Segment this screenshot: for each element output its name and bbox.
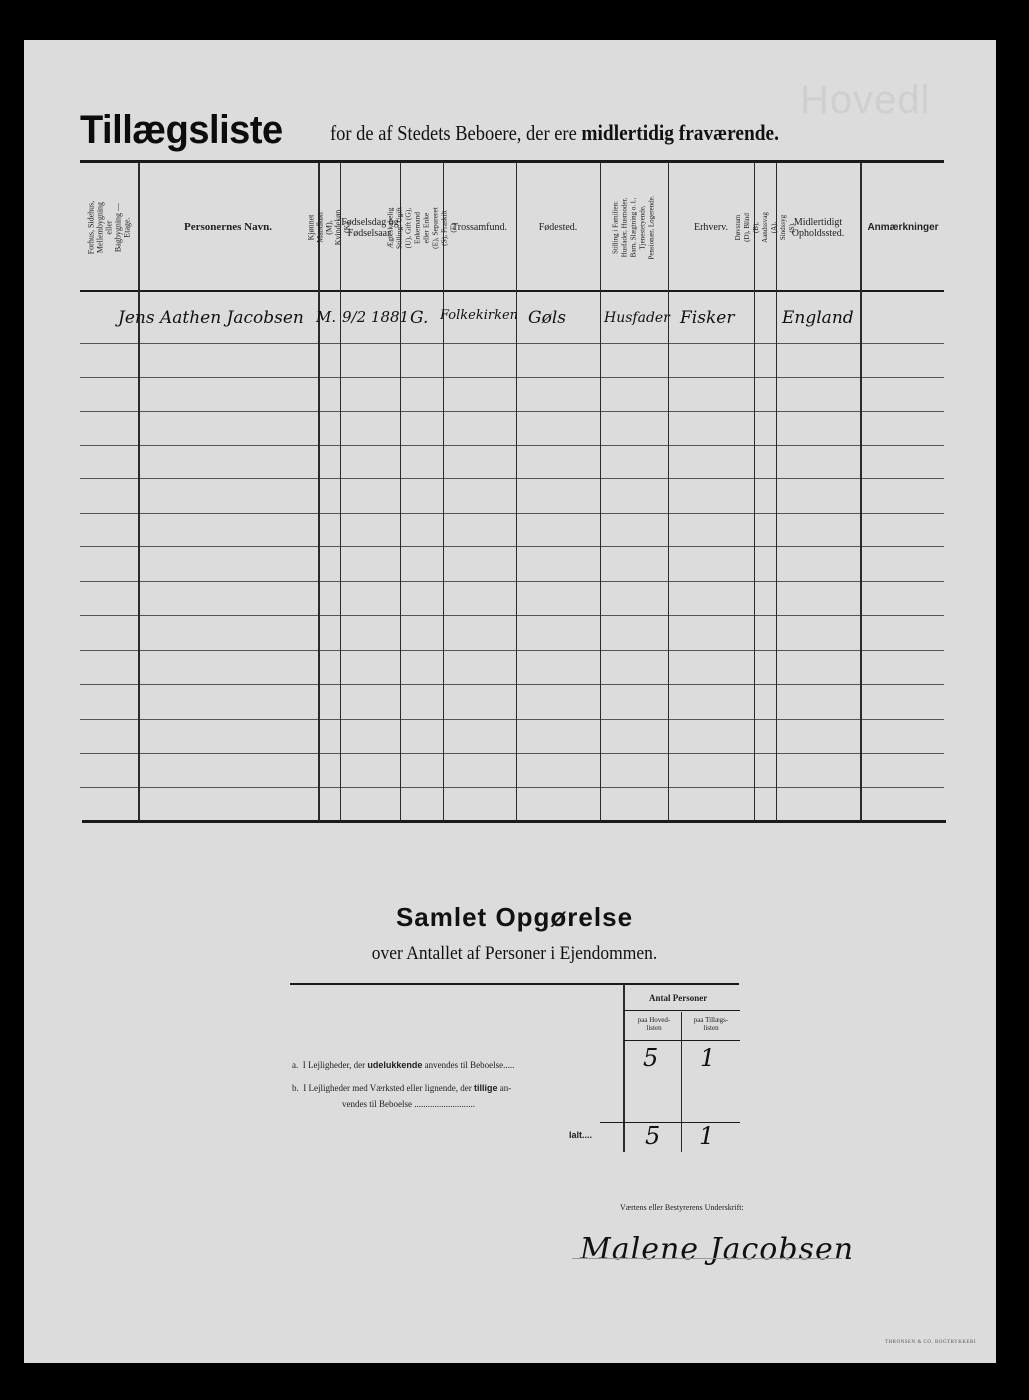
summary-row-b: b. I Lejligheder med Værksted eller lign… (292, 1083, 511, 1093)
printer-mark: THRONSEN & CO. BOGTRYKKERI (885, 1340, 976, 1345)
total-supp-count: 1 (699, 1122, 714, 1150)
cell-religion: Folkekirken (440, 308, 518, 323)
header-marital: Ægteskabelig Stilling: Ugift (U), Gift (… (400, 165, 443, 290)
cell-name: Jens Aathen Jacobsen (118, 308, 304, 328)
cell-occupation: Fisker (680, 308, 734, 328)
row-line (80, 377, 944, 378)
summary-group-rule (624, 1010, 740, 1011)
row-line (80, 343, 944, 344)
header-remarks: Anmærkninger (860, 165, 946, 290)
form-title: Tillægsliste (80, 108, 283, 153)
row-line (80, 513, 944, 514)
row-line (80, 684, 944, 685)
row-line (80, 787, 944, 788)
row-a-supp-count: 1 (700, 1044, 715, 1072)
header-family-position: Stilling i Familien: Husfader, Husmoder,… (600, 165, 668, 290)
total-main-count: 5 (645, 1122, 660, 1150)
cell-birth: 9/2 1881 (342, 308, 409, 326)
ghost-header-bleedthrough: Hovedl (800, 78, 931, 123)
subtitle-plain: for de af Stedets Beboere, der ere (330, 121, 577, 145)
header-building: Forhus, Sidehus, Mellembygning eller Bag… (82, 165, 136, 290)
cell-sex: M. (316, 308, 336, 326)
cell-birthplace: Gøls (528, 308, 566, 328)
summary-title: Samlet Opgørelse (0, 902, 1029, 933)
row-line (80, 650, 944, 651)
summary-row-b-cont: vendes til Beboelse ....................… (342, 1099, 475, 1109)
summary-col-divider-2 (681, 1012, 682, 1152)
header-disability: Døvstum (D), Blind (B), Aandssvag (A), S… (754, 165, 776, 290)
header-temp-residence: Midlertidigt Opholdssted. (776, 165, 860, 290)
row-line (80, 411, 944, 412)
table-bottom-rule (82, 820, 946, 823)
header-name: Personernes Navn. (138, 165, 318, 290)
row-line (80, 478, 944, 479)
summary-header-rule (624, 1040, 740, 1041)
form-subtitle: for de af Stedets Beboere, der ere midle… (330, 120, 779, 146)
header-bottom-rule (80, 290, 944, 292)
header-sex: Kjønnet Mandkøn (M), Kvindekøn (K) (318, 165, 340, 290)
signature-label: Værtens eller Bestyrerens Underskrift: (620, 1203, 744, 1212)
signature-value: Malene Jacobsen (580, 1232, 854, 1267)
summary-row-a: a. I Lejligheder, der udelukkende anvend… (292, 1060, 514, 1070)
row-line (80, 753, 944, 754)
summary-total-rule (600, 1122, 740, 1123)
row-line (80, 581, 944, 582)
row-line (80, 445, 944, 446)
cell-marital: G. (410, 308, 428, 328)
header-birthplace: Fødested. (516, 165, 600, 290)
row-line (80, 546, 944, 547)
subtitle-bold: midlertidig fraværende. (581, 120, 779, 145)
header-religion: Trossamfund. (443, 165, 516, 290)
row-a-main-count: 5 (643, 1044, 658, 1072)
summary-top-rule (290, 983, 739, 985)
summary-subtitle: over Antallet af Personer i Ejendommen. (41, 943, 988, 965)
cell-temp-residence: England (782, 308, 854, 328)
cell-family-position: Husfader (604, 310, 670, 326)
summary-col-main: paa Hoved-listen (627, 1016, 681, 1032)
table-top-rule (80, 160, 944, 163)
summary-total-label: Ialt.... (569, 1130, 592, 1140)
signature-line (572, 1258, 842, 1259)
row-line (80, 719, 944, 720)
summary-group-header: Antal Personer (649, 993, 707, 1003)
row-line (80, 615, 944, 616)
summary-col-supp: paa Tillægs-listen (683, 1016, 739, 1032)
